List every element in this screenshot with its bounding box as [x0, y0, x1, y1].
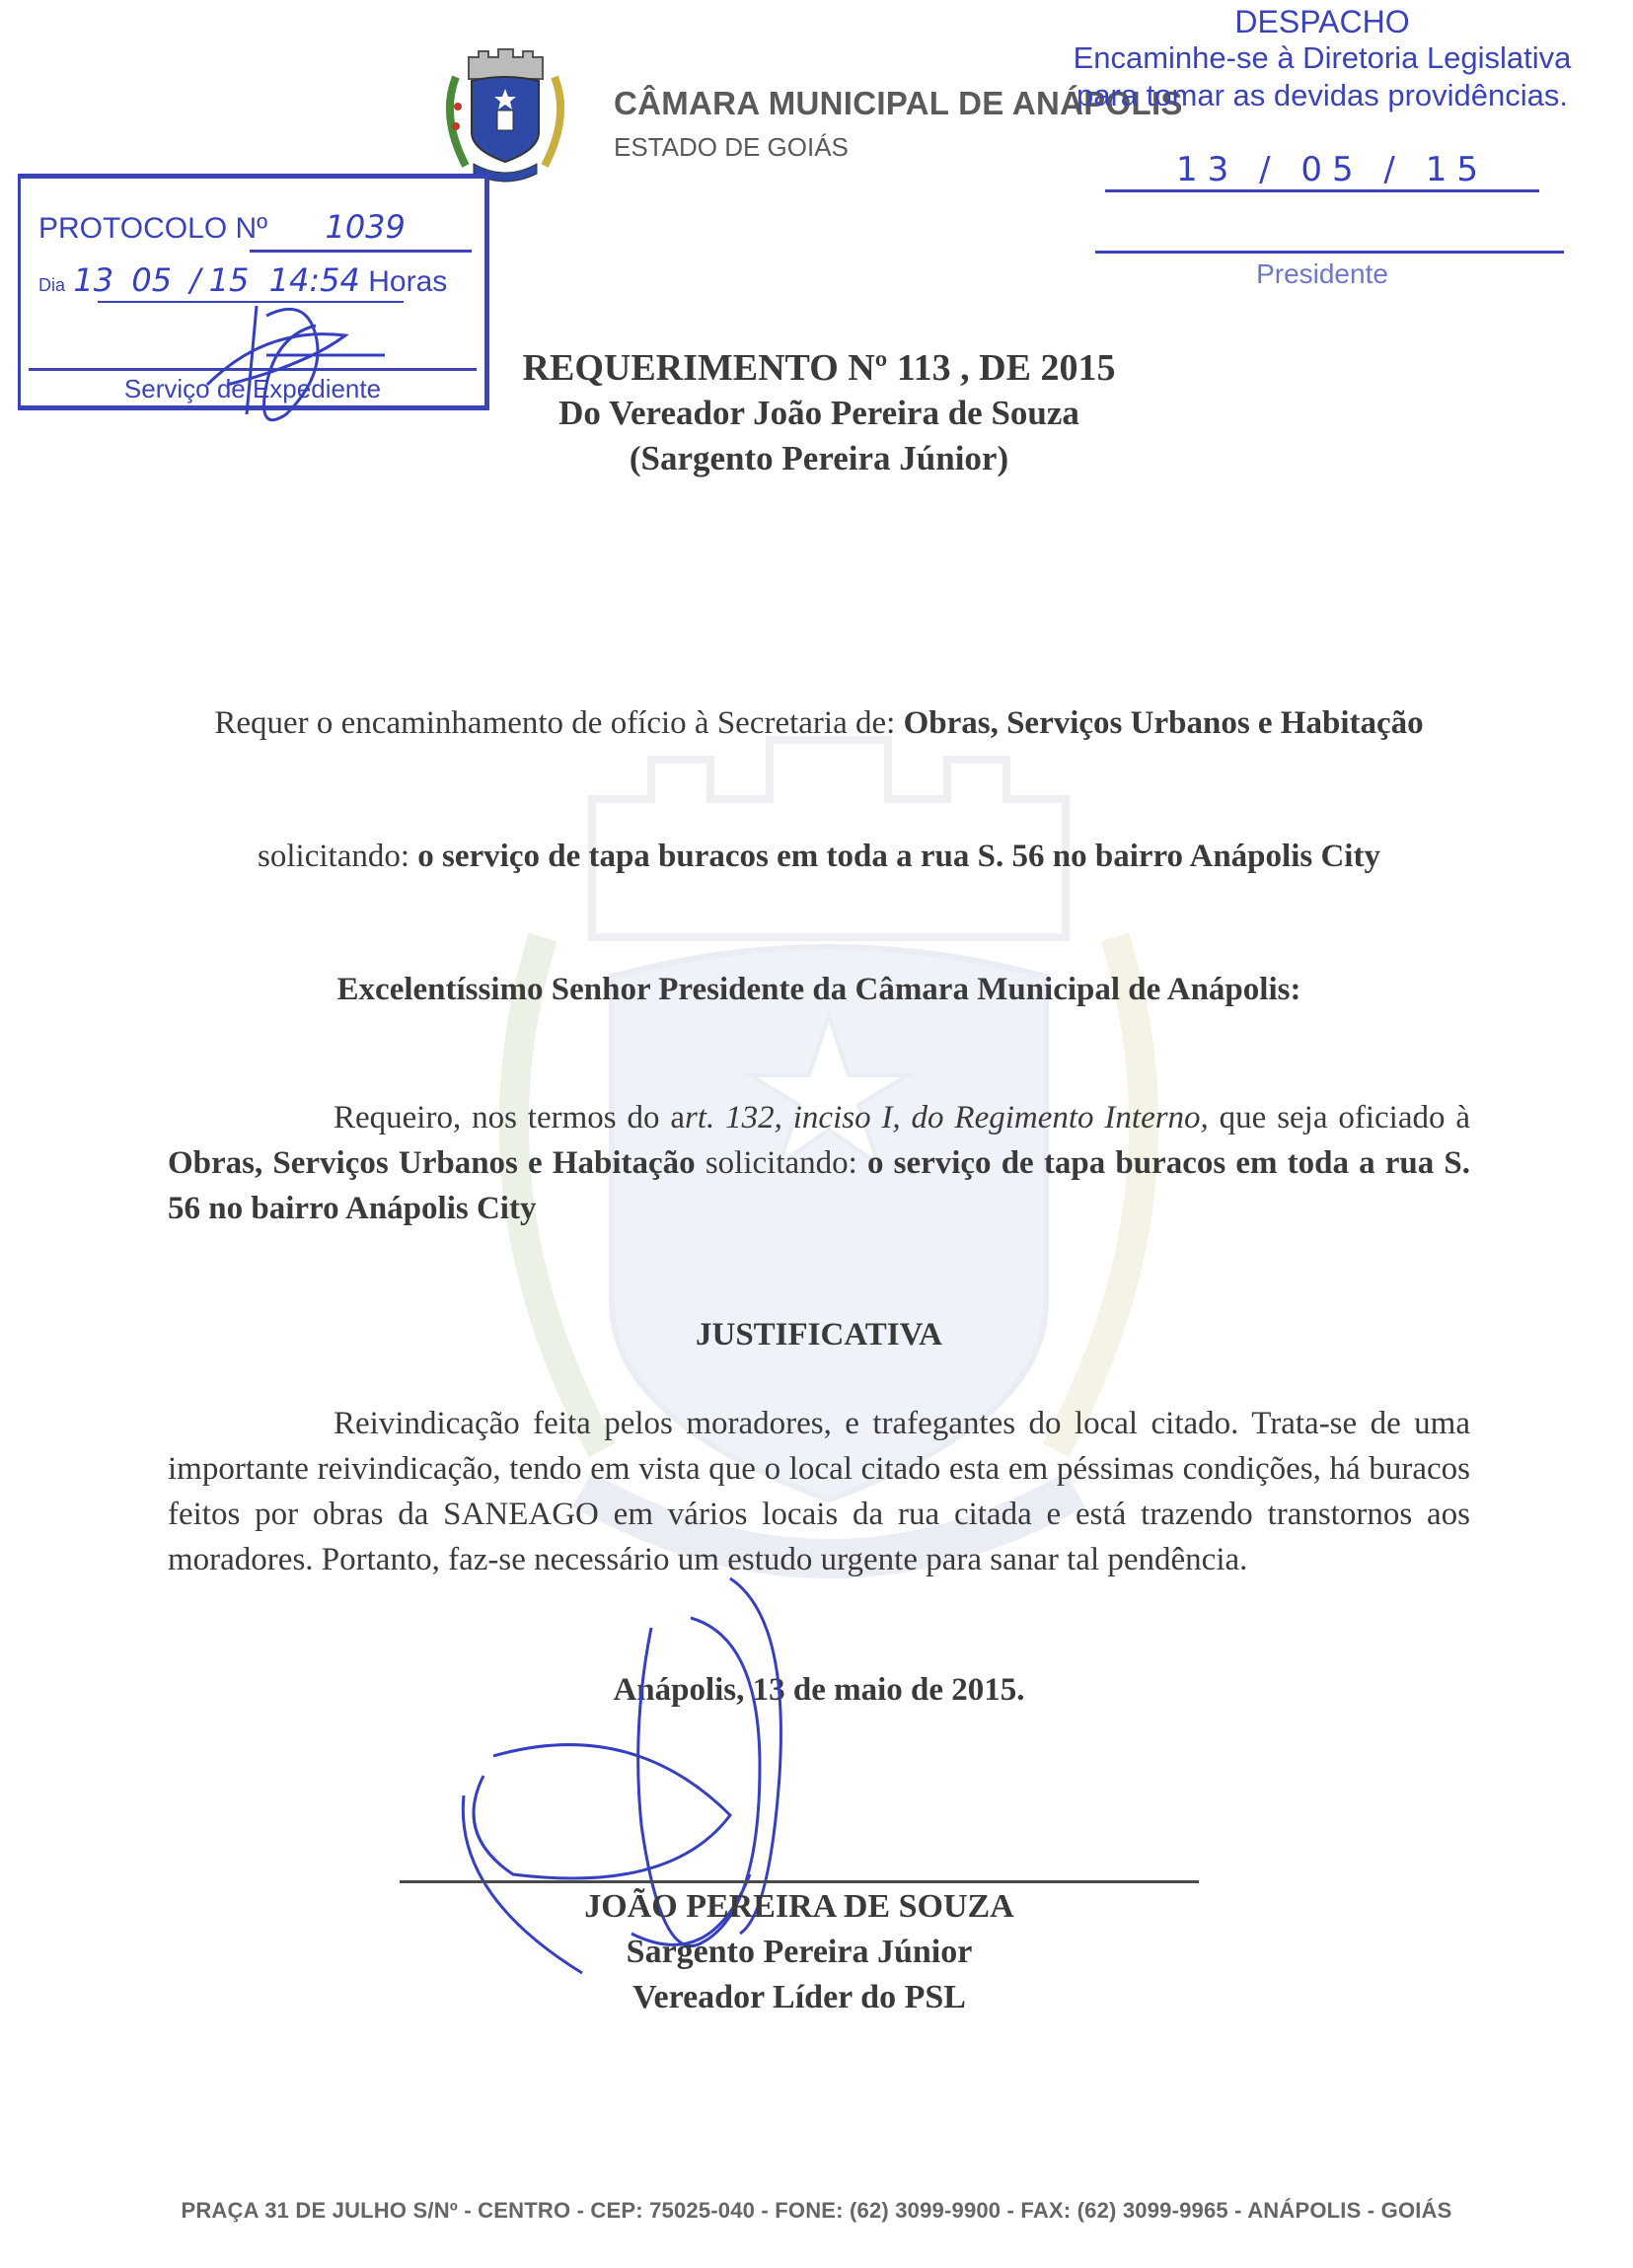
- document-title-block: REQUERIMENTO Nº 113 , DE 2015 Do Vereado…: [474, 345, 1164, 481]
- protocol-month: 05: [131, 261, 172, 299]
- despacho-line-1: Encaminhe-se à Diretoria Legislativa: [1046, 39, 1598, 77]
- protocol-date-row: Dia 13 05 / 15 14:54 Horas: [38, 261, 447, 299]
- protocol-year: 15: [209, 261, 250, 299]
- signer-alias: Sargento Pereira Júnior: [400, 1930, 1199, 1975]
- footer-address: PRAÇA 31 DE JULHO S/Nº - CENTRO - CEP: 7…: [0, 2198, 1633, 2224]
- protocol-day: 13: [73, 261, 113, 299]
- solicit-paragraph: solicitando: o serviço de tapa buracos e…: [168, 834, 1470, 879]
- body-paragraph: Requeiro, nos termos do art. 132, inciso…: [168, 1095, 1470, 1231]
- protocol-label: PROTOCOLO Nº: [38, 212, 267, 245]
- despacho-line-2: para tomar as devidas providências.: [1046, 77, 1598, 114]
- document-author-alias: (Sargento Pereira Júnior): [474, 436, 1164, 481]
- despacho-stamp: DESPACHO Encaminhe-se à Diretoria Legisl…: [1046, 4, 1598, 290]
- signer-role: Vereador Líder do PSL: [400, 1975, 1199, 2020]
- document-title: REQUERIMENTO Nº 113 , DE 2015: [474, 345, 1164, 391]
- day-label: Dia: [38, 275, 65, 295]
- protocol-time: 14:54: [269, 261, 360, 299]
- document-author: Do Vereador João Pereira de Souza: [474, 391, 1164, 436]
- despacho-signer-label: Presidente: [1046, 258, 1598, 290]
- justification-paragraph: Reivindicação feita pelos moradores, e t…: [168, 1401, 1470, 1582]
- hours-label: Horas: [368, 265, 447, 298]
- protocol-signature-icon: [187, 296, 434, 434]
- signer-block: JOÃO PEREIRA DE SOUZA Sargento Pereira J…: [400, 1884, 1199, 2020]
- request-paragraph: Requer o encaminhamento de ofício à Secr…: [168, 700, 1470, 746]
- despacho-date: 13 / 05 / 15: [1125, 150, 1539, 189]
- salutation: Excelentíssimo Senhor Presidente da Câma…: [168, 967, 1470, 1012]
- organization-state: ESTADO DE GOIÁS: [614, 132, 849, 163]
- solicit-text: o serviço de tapa buracos em toda a rua …: [417, 839, 1380, 874]
- protocol-number: 1039: [325, 208, 405, 246]
- secretaria-name: Obras, Serviços Urbanos e Habitação: [904, 705, 1424, 741]
- protocol-number-row: PROTOCOLO Nº 1039: [38, 208, 406, 246]
- justification-title: JUSTIFICATIVA: [168, 1312, 1470, 1357]
- signer-name: JOÃO PEREIRA DE SOUZA: [400, 1884, 1199, 1930]
- despacho-title: DESPACHO: [1046, 4, 1598, 39]
- signature-line: [400, 1880, 1199, 1883]
- city-crest-icon: [434, 47, 577, 185]
